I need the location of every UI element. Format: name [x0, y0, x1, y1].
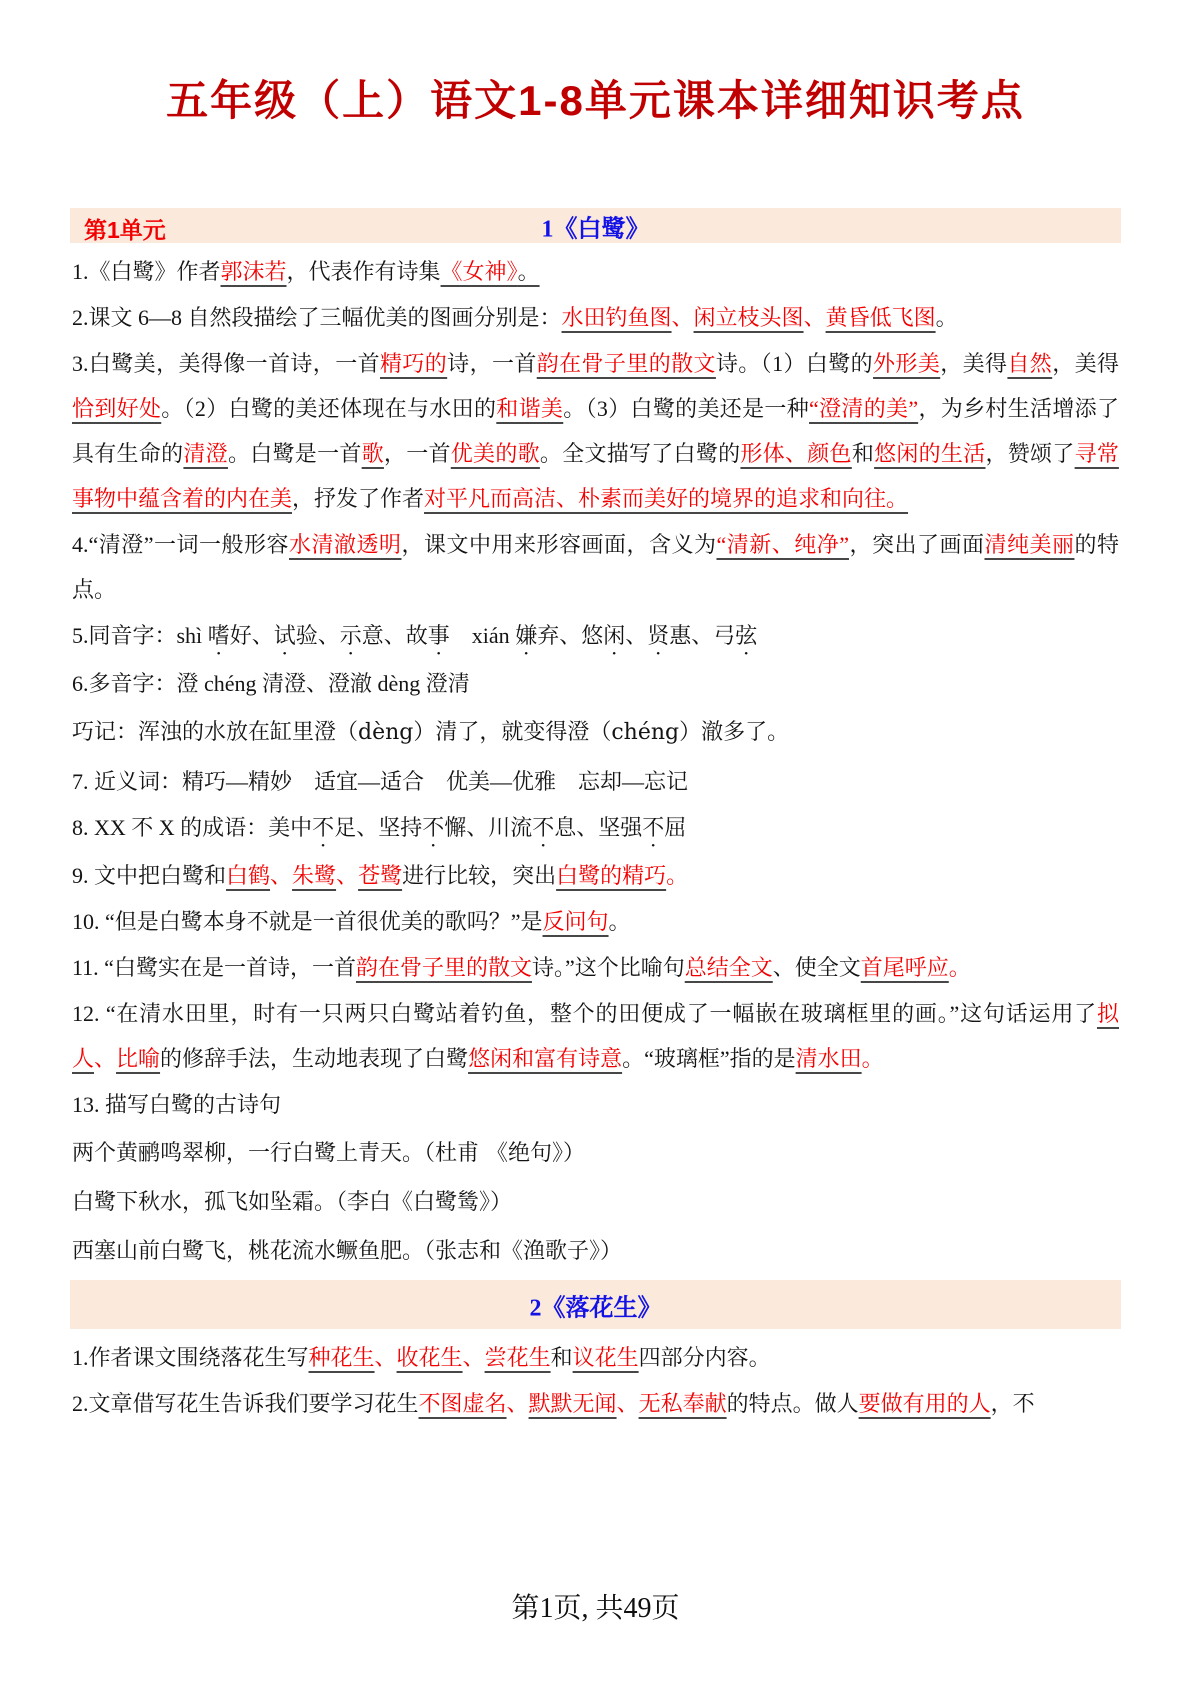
text-segment: 白鹭下秋水，孤飞如坠霜。（李白《白鹭鸶》）: [72, 1190, 512, 1215]
text-segment: 韵在骨子里的散文: [537, 351, 716, 376]
text-segment: 水清澈透明: [289, 532, 402, 557]
text-segment: 无私奉献: [639, 1391, 727, 1416]
page-title: 五年级（上）语文1-8单元课本详细知识考点: [60, 68, 1131, 128]
text-segment: 的修辞手法，生动地表现了白鹭: [160, 1046, 468, 1071]
text-segment: xián: [450, 623, 515, 648]
text-segment: 巧记：浑浊的水放在缸里澄（dèng）清了，就变得澄（chéng）澈多了。: [72, 720, 789, 745]
lesson1-title: 1《白鹭》: [542, 208, 650, 243]
text-segment: 。: [666, 863, 688, 888]
text-segment: 种花生: [309, 1345, 375, 1370]
paragraph: 巧记：浑浊的水放在缸里澄（dèng）清了，就变得澄（chéng）澈多了。: [72, 710, 1119, 755]
text-segment: 13. 描写白鹭的古诗句: [72, 1092, 281, 1117]
text-segment: 好、: [230, 623, 274, 648]
text-segment: 和: [852, 441, 874, 466]
text-segment: 诗。（1）白鹭的: [716, 351, 873, 376]
text-segment: 验、: [296, 623, 340, 648]
paragraph: 3.白鹭美，美得像一首诗，一首精巧的诗，一首韵在骨子里的散文诗。（1）白鹭的外形…: [72, 341, 1119, 521]
text-segment: 不: [532, 815, 554, 840]
paragraph: 12. “在清水田里，时有一只两只白鹭站着钓鱼，整个的田便成了一幅嵌在玻璃框里的…: [72, 991, 1119, 1081]
text-segment: 1.《白鹭》作者: [72, 259, 221, 284]
text-segment: 8. XX 不 X 的成语：美中: [72, 815, 312, 840]
paragraph: 1.《白鹭》作者郭沫若，代表作有诗集《女神》。: [72, 249, 1119, 294]
text-segment: 弃、悠: [537, 623, 603, 648]
text-segment: 懈、川流: [444, 815, 532, 840]
text-segment: 、: [804, 305, 826, 330]
lesson2-title: 2《落花生》: [530, 1287, 662, 1322]
text-segment: 意、故: [362, 623, 428, 648]
text-segment: 1.作者课文围绕落花生写: [72, 1345, 309, 1370]
text-segment: 、: [94, 1046, 116, 1071]
paragraph: 1.作者课文围绕落花生写种花生、收花生、尝花生和议花生四部分内容。: [72, 1335, 1119, 1380]
text-segment: 四部分内容。: [639, 1345, 771, 1370]
text-segment: 不图虚名: [419, 1391, 507, 1416]
text-segment: 水田钓鱼图: [562, 305, 672, 330]
text-segment: “澄清的美”: [809, 396, 918, 421]
paragraph: 11. “白鹭实在是一首诗，一首韵在骨子里的散文诗。”这个比喻句总结全文、使全文…: [72, 945, 1119, 990]
text-segment: 郭沫若: [221, 259, 287, 284]
text-segment: 反问句: [543, 909, 609, 934]
text-segment: 白鹭的精巧: [556, 863, 666, 888]
text-segment: 、: [625, 623, 647, 648]
paragraph: 7. 近义词：精巧—精妙 适宜—适合 优美—优雅 忘却—忘记: [72, 759, 1119, 804]
paragraph: 13. 描写白鹭的古诗句: [72, 1082, 1119, 1127]
paragraph: 两个黄鹂鸣翠柳，一行白鹭上青天。（杜甫 《绝句》）: [72, 1131, 1119, 1176]
text-segment: ，一首: [384, 441, 451, 466]
text-segment: 进行比较，突出: [402, 863, 556, 888]
text-segment: 歌: [362, 441, 384, 466]
text-segment: 闲立枝头图: [694, 305, 804, 330]
text-segment: 《女神》: [441, 259, 518, 284]
text-segment: 苍鹭: [358, 863, 402, 888]
text-segment: 恰到好处: [72, 396, 161, 421]
text-segment: 12. “在清水田里，时有一只两只白鹭站着钓鱼，整个的田便成了一幅嵌在玻璃框里的…: [72, 1001, 1097, 1026]
text-segment: 清澄: [183, 441, 228, 466]
text-segment: 清水田: [796, 1046, 862, 1071]
text-segment: 3.白鹭美，美得像一首诗，一首: [72, 351, 380, 376]
text-segment: 自然: [1007, 351, 1052, 376]
text-segment: 、: [336, 863, 358, 888]
paragraph: 5.同音字：shì 嗜好、试验、示意、故事 xián 嫌弃、悠闲、贤惠、弓弦: [72, 613, 1119, 660]
text-segment: 弦: [735, 623, 757, 648]
text-segment: ，突出了画面: [849, 532, 984, 557]
text-segment: 足、坚持: [334, 815, 422, 840]
lesson2-header-bar: 2《落花生》: [70, 1280, 1121, 1329]
text-segment: 总结全文: [685, 955, 773, 980]
document-page: 五年级（上）语文1-8单元课本详细知识考点 第1单元 1《白鹭》 1.《白鹭》作…: [0, 0, 1191, 1684]
text-segment: 对平凡而高洁、朴素而美好的境界的追求和向往。: [424, 486, 908, 511]
text-segment: ，代表作有诗集: [287, 259, 441, 284]
text-segment: ，抒发了作者: [292, 486, 424, 511]
paragraph: 西塞山前白鹭飞，桃花流水鳜鱼肥。（张志和《渔歌子》）: [72, 1229, 1119, 1274]
text-segment: 。: [949, 955, 971, 980]
page-number: 第1页, 共49页: [0, 1586, 1191, 1626]
text-segment: 韵在骨子里的散文: [356, 955, 532, 980]
text-segment: 。: [936, 305, 958, 330]
text-segment: 悠闲的生活: [874, 441, 985, 466]
text-segment: 9. 文中把白鹭和: [72, 863, 226, 888]
text-segment: 和谐美: [496, 396, 563, 421]
text-segment: 屈: [664, 815, 686, 840]
paragraph: 白鹭下秋水，孤飞如坠霜。（李白《白鹭鸶》）: [72, 1180, 1119, 1225]
text-segment: 闲: [603, 623, 625, 648]
text-segment: 2.课文 6—8 自然段描绘了三幅优美的图画分别是：: [72, 305, 562, 330]
text-segment: ，美得: [1052, 351, 1119, 376]
text-segment: 黄昏低飞图: [826, 305, 936, 330]
text-segment: 6.多音字：澄 chéng 清澄、澄澈 dèng 澄清: [72, 671, 470, 696]
text-segment: 和: [551, 1345, 573, 1370]
text-segment: 首尾呼应: [861, 955, 949, 980]
paragraph: 6.多音字：澄 chéng 清澄、澄澈 dèng 澄清: [72, 661, 1119, 706]
text-segment: 悠闲和富有诗意: [468, 1046, 622, 1071]
text-segment: “清新、纯净”: [716, 532, 849, 557]
text-segment: 、: [672, 305, 694, 330]
text-segment: 示: [340, 623, 362, 648]
text-segment: 白鹤: [226, 863, 270, 888]
text-segment: 诗。”这个比喻句: [532, 955, 685, 980]
text-segment: 不: [642, 815, 664, 840]
text-segment: 默默无闻: [529, 1391, 617, 1416]
text-segment: 、使全文: [773, 955, 861, 980]
text-segment: 。: [862, 1046, 884, 1071]
text-segment: 议花生: [573, 1345, 639, 1370]
text-segment: 诗，一首: [447, 351, 537, 376]
text-segment: 收花生: [397, 1345, 463, 1370]
text-segment: 、: [507, 1391, 529, 1416]
text-segment: 形体、颜色: [740, 441, 851, 466]
text-segment: 外形美: [873, 351, 940, 376]
text-segment: 。: [609, 909, 631, 934]
text-segment: 。全文描写了白鹭的: [540, 441, 741, 466]
text-segment: 。“玻璃框”指的是: [622, 1046, 796, 1071]
text-segment: 息、坚强: [554, 815, 642, 840]
text-segment: 事: [428, 623, 450, 648]
text-segment: 。白鹭是一首: [228, 441, 362, 466]
text-segment: 精巧的: [380, 351, 447, 376]
text-segment: 不: [312, 815, 334, 840]
text-segment: 。（3）白鹭的美还是一种: [563, 396, 809, 421]
paragraph: 10. “但是白鹭本身不就是一首很优美的歌吗？”是反问句。: [72, 899, 1119, 944]
lesson1-notes: 1.《白鹭》作者郭沫若，代表作有诗集《女神》。2.课文 6—8 自然段描绘了三幅…: [72, 249, 1119, 1274]
text-segment: 两个黄鹂鸣翠柳，一行白鹭上青天。（杜甫 《绝句》）: [72, 1141, 585, 1166]
text-segment: 、: [375, 1345, 397, 1370]
paragraph: 4.“清澄”一词一般形容水清澈透明，课文中用来形容画面，含义为“清新、纯净”，突…: [72, 522, 1119, 612]
text-segment: 。（2）白鹭的美还体现在与水田的: [161, 396, 496, 421]
paragraph: 2.课文 6—8 自然段描绘了三幅优美的图画分别是：水田钓鱼图、闲立枝头图、黄昏…: [72, 295, 1119, 340]
text-segment: 试: [274, 623, 296, 648]
paragraph: 2.文章借写花生告诉我们要学习花生不图虚名、默默无闻、无私奉献的特点。做人要做有…: [72, 1381, 1119, 1426]
text-segment: 贤: [647, 623, 669, 648]
paragraph: 9. 文中把白鹭和白鹤、朱鹭、苍鹭进行比较，突出白鹭的精巧。: [72, 853, 1119, 898]
text-segment: 。: [518, 259, 540, 284]
text-segment: 2.文章借写花生告诉我们要学习花生: [72, 1391, 419, 1416]
text-segment: 4.“清澄”一词一般形容: [72, 532, 289, 557]
text-segment: 嗜: [208, 623, 230, 648]
text-segment: 、: [270, 863, 292, 888]
unit-label: 第1单元: [84, 217, 166, 243]
lesson2-notes: 1.作者课文围绕落花生写种花生、收花生、尝花生和议花生四部分内容。2.文章借写花…: [72, 1335, 1119, 1426]
text-segment: ，赞颂了: [986, 441, 1075, 466]
unit1-header-bar: 第1单元 1《白鹭》: [70, 208, 1121, 243]
text-segment: 西塞山前白鹭飞，桃花流水鳜鱼肥。（张志和《渔歌子》）: [72, 1239, 622, 1264]
text-segment: ，课文中用来形容画面，含义为: [402, 532, 717, 557]
text-segment: 5.同音字：shì: [72, 623, 208, 648]
text-segment: 比喻: [116, 1046, 160, 1071]
text-segment: ，美得: [940, 351, 1007, 376]
text-segment: 嫌: [515, 623, 537, 648]
text-segment: 清纯美丽: [984, 532, 1074, 557]
text-segment: 朱鹭: [292, 863, 336, 888]
text-segment: ，不: [991, 1391, 1035, 1416]
text-segment: 不: [422, 815, 444, 840]
text-segment: 尝花生: [485, 1345, 551, 1370]
text-segment: 、: [617, 1391, 639, 1416]
text-segment: 10. “但是白鹭本身不就是一首很优美的歌吗？”是: [72, 909, 543, 934]
text-segment: 、: [463, 1345, 485, 1370]
text-segment: 要做有用的人: [859, 1391, 991, 1416]
text-segment: 7. 近义词：精巧—精妙 适宜—适合 优美—优雅 忘却—忘记: [72, 769, 688, 794]
text-segment: 惠、弓: [669, 623, 735, 648]
paragraph: 8. XX 不 X 的成语：美中不足、坚持不懈、川流不息、坚强不屈: [72, 805, 1119, 852]
text-segment: 优美的歌: [451, 441, 540, 466]
text-segment: 的特点。做人: [727, 1391, 859, 1416]
text-segment: 11. “白鹭实在是一首诗，一首: [72, 955, 356, 980]
